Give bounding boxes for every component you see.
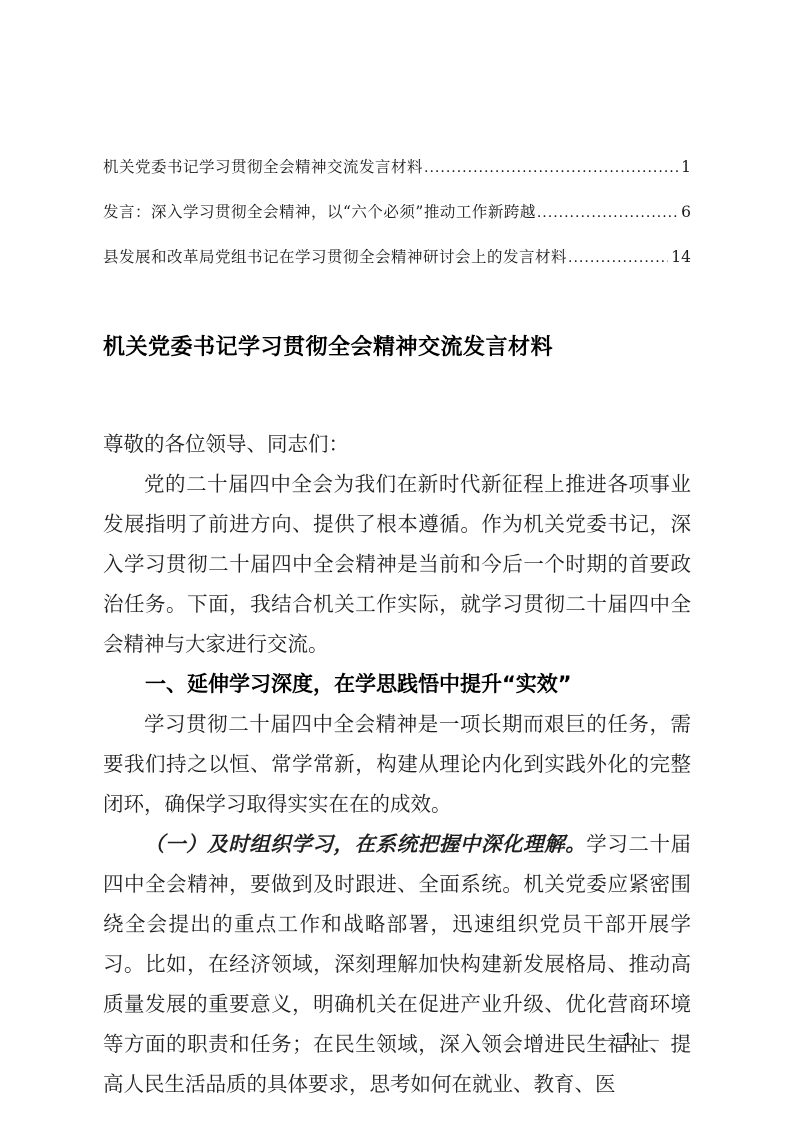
section-heading-1: 一、延伸学习深度，在学思践悟中提升“实效” [103, 664, 691, 704]
footer-right-dash: — [643, 1030, 662, 1050]
salutation: 尊敬的各位领导、同志们： [103, 424, 691, 464]
document-title: 机关党委书记学习贯彻全会精神交流发言材料 [103, 330, 691, 361]
toc-page-number: 6 [679, 203, 691, 221]
toc-page-number: 14 [669, 248, 691, 266]
toc-dotted-leader [537, 203, 678, 222]
toc-entry-title: 发言：深入学习贯彻全会精神，以“六个必须”推动工作新跨越 [103, 203, 536, 221]
toc-dotted-leader [424, 158, 678, 177]
toc-page-number: 1 [679, 158, 691, 176]
toc-entry-title: 机关党委书记学习贯彻全会精神交流发言材料 [103, 158, 423, 176]
footer-page-number: 1 [622, 1030, 635, 1050]
intro-paragraph: 党的二十届四中全会为我们在新时代新征程上推进各项事业发展指明了前进方向、提供了根… [103, 464, 691, 664]
toc-entry-2[interactable]: 发言：深入学习贯彻全会精神，以“六个必须”推动工作新跨越 6 [103, 203, 691, 222]
footer-left-dash: — [596, 1030, 615, 1050]
toc-entry-1[interactable]: 机关党委书记学习贯彻全会精神交流发言材料 1 [103, 158, 691, 177]
table-of-contents: 机关党委书记学习贯彻全会精神交流发言材料 1 发言：深入学习贯彻全会精神，以“六… [103, 158, 691, 293]
point1-lead: （一）及时组织学习，在系统把握中深化理解。 [144, 832, 586, 856]
toc-entry-3[interactable]: 县发展和改革局党组书记在学习贯彻全会精神研讨会上的发言材料 14 [103, 248, 691, 267]
page-footer: — 1 — [596, 1028, 662, 1052]
point1-text: 学习二十届四中全会精神，要做到及时跟进、全面系统。机关党委应紧密围绕全会提出的重… [103, 832, 691, 1096]
section1-paragraph: 学习贯彻二十届四中全会精神是一项长期而艰巨的任务，需要我们持之以恒、常学常新，构… [103, 704, 691, 824]
point1-paragraph: （一）及时组织学习，在系统把握中深化理解。学习二十届四中全会精神，要做到及时跟进… [103, 824, 691, 1104]
document-body: 尊敬的各位领导、同志们： 党的二十届四中全会为我们在新时代新征程上推进各项事业发… [103, 424, 691, 1104]
toc-entry-title: 县发展和改革局党组书记在学习贯彻全会精神研讨会上的发言材料 [103, 248, 567, 266]
document-page: 机关党委书记学习贯彻全会精神交流发言材料 1 发言：深入学习贯彻全会精神，以“六… [0, 0, 793, 1122]
toc-dotted-leader [568, 248, 668, 267]
